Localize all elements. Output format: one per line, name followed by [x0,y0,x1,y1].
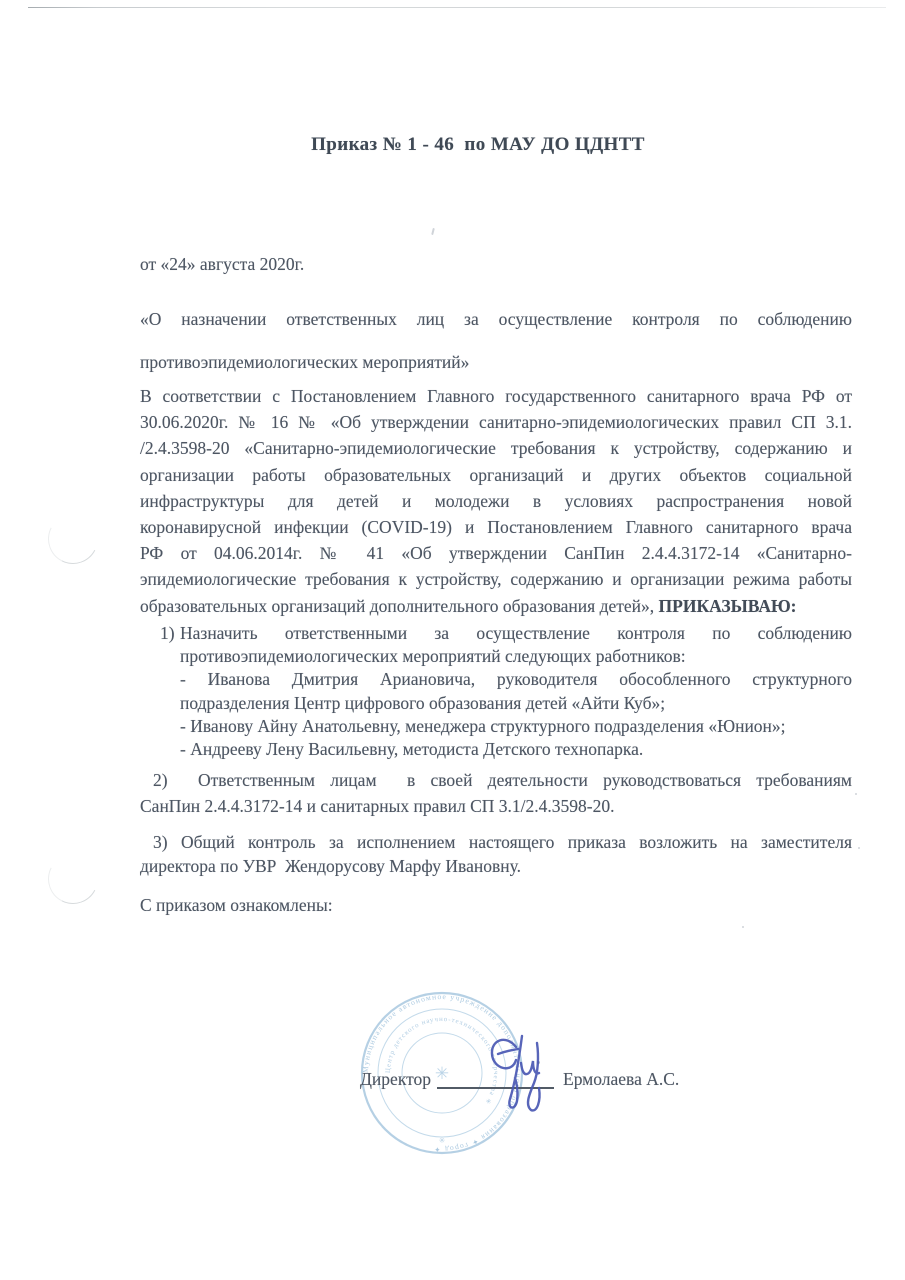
signature-role-label: Директор [360,1069,431,1090]
preamble-line: В соответствии с Постановлением Главного… [140,383,852,409]
punch-hole-top [41,507,104,570]
noise-speck [858,847,860,849]
item-line: Назначить ответственными за осуществлени… [160,622,852,645]
item-line: 3) Общий контроль за исполнением настоящ… [140,830,852,854]
scan-edge-line [28,7,886,8]
subject-line: противоэпидемиологических мероприятий» [140,341,852,384]
signature-scribble [482,1031,544,1113]
preamble-line: образовательных организаций дополнительн… [140,593,852,619]
noise-speck [855,793,857,795]
item-line: противоэпидемиологических мероприятий сл… [160,645,852,668]
order-date: от «24» августа 2020г. [140,254,852,275]
order-title: Приказ № 1 - 46 по МАУ ДО ЦДНТТ [122,134,834,156]
preamble-line: инфраструктуры для детей и молодежи в ус… [140,488,852,514]
noise-speck [742,926,744,928]
preamble-line: эпидемиологические требования к устройст… [140,566,852,592]
stamp-bottom-mark: ✳ [439,1136,446,1145]
order-preamble: В соответствии с Постановлением Главного… [140,383,852,619]
order-item-3: 3) Общий контроль за исполнением настоящ… [140,830,852,878]
item-line: подразделения Центр цифрового образовани… [160,692,852,715]
item-line: 2) Ответственным лицам в своей деятельно… [140,768,852,794]
item-1-marker: 1) [160,622,175,645]
item-line: - Андрееву Лену Васильевну, методиста Де… [160,738,852,761]
subject-line: «О назначении ответственных лиц за осуще… [140,298,852,341]
item-line: - Иванову Айну Анатольевну, менеджера ст… [160,715,852,738]
acknowledgement-line: С приказом ознакомлены: [140,895,852,916]
item-line: - Иванова Дмитрия Ариановича, руководите… [160,668,852,691]
stamp-center-emblem: ✳ [435,1064,449,1083]
item-line: СанПин 2.4.4.3172-14 и санитарных правил… [140,794,852,820]
preamble-line: РФ от 04.06.2014г. № 41 «Об утверждении … [140,540,852,566]
order-item-2: 2) Ответственным лицам в своей деятельно… [140,768,852,819]
preamble-last-text: образовательных организаций дополнительн… [140,596,659,616]
item-line: директора по УВР Жендорусову Марфу Ивано… [140,854,852,878]
preamble-line: /2.4.3598-20 «Санитарно-эпидемиологическ… [140,435,852,461]
order-subject: «О назначении ответственных лиц за осуще… [140,298,852,384]
order-item-1: 1) Назначить ответственными за осуществл… [160,622,852,761]
preamble-line: 30.06.2020г. № 16 № «Об утверждении сани… [140,409,852,435]
preamble-line: организации работы образовательных орган… [140,462,852,488]
scanned-order-page: Приказ № 1 - 46 по МАУ ДО ЦДНТТ от «24» … [0,0,905,1280]
punch-hole-bottom [41,847,104,910]
signature-name: Ермолаева А.С. [563,1069,679,1090]
noise-speck [431,228,435,235]
preamble-line: коронавирусной инфекции (COVID-19) и Пос… [140,514,852,540]
order-keyword: ПРИКАЗЫВАЮ: [659,596,797,616]
